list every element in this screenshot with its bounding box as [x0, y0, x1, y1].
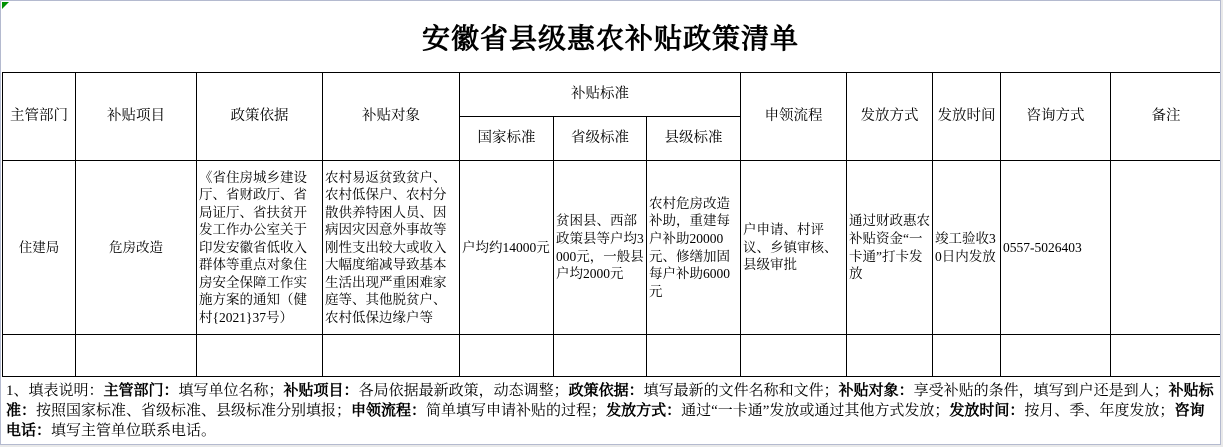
col-header-target[interactable]: 补贴对象	[323, 73, 460, 161]
note-segment: 按照国家标准、省级标准、县级标准分别填报；	[36, 403, 351, 419]
note-segment: 各局依据最新政策，动态调整；	[359, 383, 569, 399]
title-merged-cell[interactable]: 安徽省县级惠农补贴政策清单	[1, 1, 1220, 72]
note-label-issue-method: 发放方式：	[606, 403, 681, 419]
note-segment: 按月、季、年度发放；	[1024, 403, 1174, 419]
cell-remark[interactable]	[1111, 161, 1222, 335]
col-header-standard-provincial[interactable]: 省级标准	[554, 117, 647, 161]
col-header-issue-method[interactable]: 发放方式	[847, 73, 933, 161]
col-header-standard-national[interactable]: 国家标准	[460, 117, 554, 161]
cell-policy-basis[interactable]: 《省住房城乡建设厅、省财政厅、省局证厅、省扶贫开发工作办公室关于印发安徽省低收入…	[197, 161, 323, 335]
cell-issue-time[interactable]	[933, 335, 1001, 377]
cell-consult[interactable]: 0557-5026403	[1001, 161, 1111, 335]
cell-remark[interactable]	[1111, 335, 1222, 377]
cell-dept[interactable]	[3, 335, 76, 377]
col-header-apply-process[interactable]: 申领流程	[741, 73, 847, 161]
cell-standard-national[interactable]: 户均约14000元	[460, 161, 554, 335]
note-segment: 1、填表说明：	[6, 383, 104, 399]
spreadsheet-area: 安徽省县级惠农补贴政策清单 主管部门 补贴项目 政策依据 补贴对象 补贴标准 申…	[0, 0, 1221, 445]
note-segment: 填写最新的文件名称和文件；	[644, 383, 839, 399]
fill-instructions: 1、填表说明：主管部门：填写单位名称；补贴项目：各局依据最新政策，动态调整；政策…	[1, 377, 1220, 441]
note-label-project: 补贴项目：	[284, 383, 359, 399]
cell-project[interactable]	[76, 335, 197, 377]
note-label-apply-process: 申领流程：	[351, 403, 426, 419]
table-row: 住建局 危房改造 《省住房城乡建设厅、省财政厅、省局证厅、省扶贫开发工作办公室关…	[3, 161, 1222, 335]
cell-issue-method[interactable]: 通过财政惠农补贴资金“一卡通”打卡发放	[847, 161, 933, 335]
cell-policy-basis[interactable]	[197, 335, 323, 377]
policy-table: 主管部门 补贴项目 政策依据 补贴对象 补贴标准 申领流程 发放方式 发放时间 …	[2, 72, 1221, 377]
cell-standard-provincial[interactable]	[554, 335, 647, 377]
col-header-dept[interactable]: 主管部门	[3, 73, 76, 161]
col-header-consult[interactable]: 咨询方式	[1001, 73, 1111, 161]
cell-dept[interactable]: 住建局	[3, 161, 76, 335]
col-header-remark[interactable]: 备注	[1111, 73, 1222, 161]
note-label-policy-basis: 政策依据：	[569, 383, 644, 399]
cell-project[interactable]: 危房改造	[76, 161, 197, 335]
note-label-dept: 主管部门：	[104, 383, 179, 399]
table-row-empty	[3, 335, 1222, 377]
col-header-project[interactable]: 补贴项目	[76, 73, 197, 161]
cell-target[interactable]: 农村易返贫致贫户、农村低保户、农村分散供养特困人员、因病因灾因意外事故等刚性支出…	[323, 161, 460, 335]
col-header-issue-time[interactable]: 发放时间	[933, 73, 1001, 161]
note-segment: 填写单位名称；	[179, 383, 284, 399]
cell-target[interactable]	[323, 335, 460, 377]
col-header-standard-county[interactable]: 县级标准	[647, 117, 741, 161]
cell-standard-county[interactable]: 农村危房改造补助，重建每户补助20000元、修缮加固每户补助6000元	[647, 161, 741, 335]
cell-standard-county[interactable]	[647, 335, 741, 377]
header-row-1: 主管部门 补贴项目 政策依据 补贴对象 补贴标准 申领流程 发放方式 发放时间 …	[3, 73, 1222, 117]
cell-standard-national[interactable]	[460, 335, 554, 377]
cell-issue-method[interactable]	[847, 335, 933, 377]
note-label-target: 补贴对象：	[839, 383, 914, 399]
cell-standard-provincial[interactable]: 贫困县、西部政策县等户均3000元，一般县户均2000元	[554, 161, 647, 335]
cell-apply-process[interactable]: 户申请、村评议、乡镇审核、县级审批	[741, 161, 847, 335]
cell-apply-process[interactable]	[741, 335, 847, 377]
cell-issue-time[interactable]: 竣工验收30日内发放	[933, 161, 1001, 335]
note-segment: 简单填写申请补贴的过程；	[426, 403, 606, 419]
note-segment: 享受补贴的条件，填写到户还是到人；	[914, 383, 1169, 399]
note-segment: 通过“一卡通”发放或通过其他方式发放；	[681, 403, 949, 419]
page-title: 安徽省县级惠农补贴政策清单	[422, 17, 799, 57]
cell-consult[interactable]	[1001, 335, 1111, 377]
col-header-policy-basis[interactable]: 政策依据	[197, 73, 323, 161]
note-segment: 填写主管单位联系电话。	[51, 423, 216, 439]
note-label-issue-time: 发放时间：	[949, 403, 1024, 419]
col-header-standard-group[interactable]: 补贴标准	[460, 73, 741, 117]
cell-error-marker-icon	[2, 2, 9, 9]
